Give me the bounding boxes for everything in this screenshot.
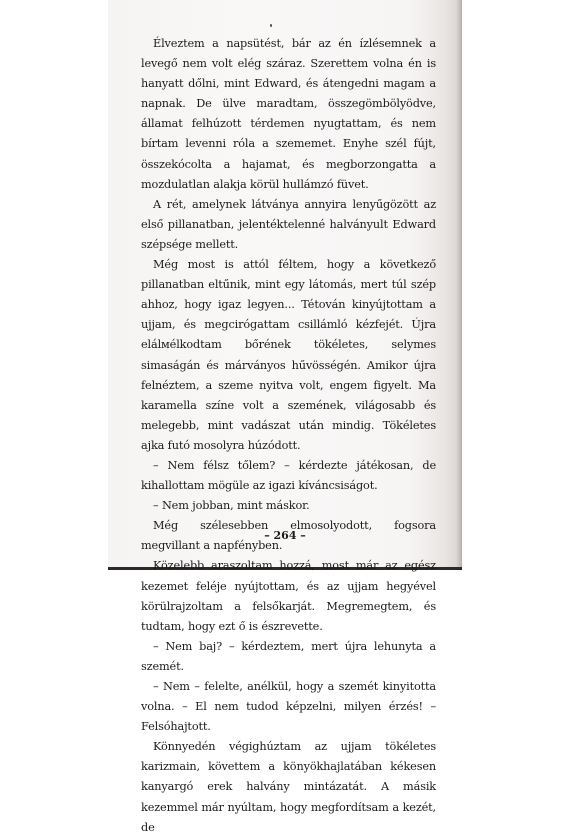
paragraph: Élveztem a napsütést, bár az én ízlésemn… bbox=[141, 34, 436, 195]
body-text: Élveztem a napsütést, bár az én ízlésemn… bbox=[141, 34, 436, 570]
book-page: Élveztem a napsütést, bár az én ízlésemn… bbox=[108, 0, 462, 570]
page-number: – 264 – bbox=[108, 529, 462, 542]
scanned-image: Élveztem a napsütést, bár az én ízlésemn… bbox=[0, 0, 570, 570]
dialogue-paragraph: – Nem jobban, mint máskor. bbox=[141, 496, 436, 516]
paragraph: Közelebb araszoltam hozzá, most már az e… bbox=[141, 556, 436, 570]
paragraph: Még most is attól féltem, hogy a követke… bbox=[141, 255, 436, 456]
scan-speck bbox=[270, 24, 272, 27]
dialogue-paragraph: – Nem félsz tőlem? – kérdezte játékosan,… bbox=[141, 456, 436, 496]
paragraph: A rét, amelynek látványa annyira lenyűgö… bbox=[141, 195, 436, 255]
